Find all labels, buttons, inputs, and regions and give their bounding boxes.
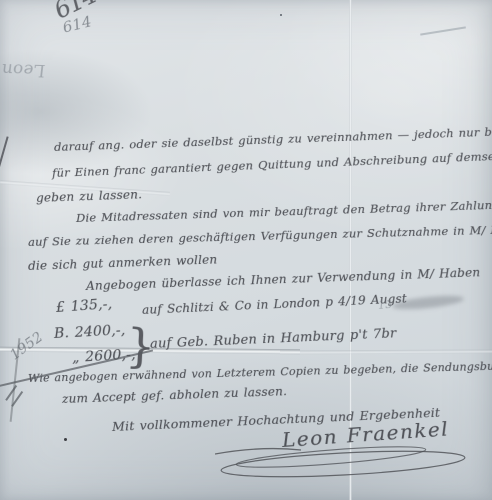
instruction-line-2: zum Accept gef. abholen zu lassen. — [62, 384, 287, 406]
signature-flourish — [215, 438, 470, 486]
letter-page: 614 614 Leon Fraenkel Düsseldorf d. 14/6… — [0, 0, 492, 500]
amount-banco-1: B. 2400,-, — [54, 322, 126, 342]
corner-crease-top-right — [420, 26, 466, 35]
erased-pencil-note: 13 — [377, 298, 392, 312]
pencil-tick-mark — [11, 391, 23, 407]
reversed-docket-line-faint: Leon Fraenkel — [0, 57, 46, 80]
paper-speck — [280, 14, 282, 16]
body-line-7: Angebogen überlasse ich Ihnen zur Verwen… — [86, 265, 481, 293]
pencil-tick-mark — [5, 385, 17, 401]
horizontal-fold-crease-right — [280, 349, 492, 354]
ink-dot — [64, 438, 67, 441]
body-line-3: geben zu lassen. — [36, 187, 143, 205]
body-line-2: für Einen franc garantiert gegen Quittun… — [52, 147, 492, 180]
body-line-1: darauf ang. oder sie daselbst günstig zu… — [54, 123, 492, 154]
drawee-london: auf Schlitzi & Co in London p 4/19 Augst — [142, 291, 407, 317]
ink-margin-tick — [0, 136, 9, 169]
body-line-6: die sich gut anmerken wollen — [28, 252, 218, 273]
amount-pound: £ 135,-, — [55, 296, 112, 316]
margin-pencil-note: 1952 — [7, 329, 46, 363]
body-line-5: auf Sie zu ziehen deren geschäftigen Ver… — [28, 222, 492, 249]
drawee-hamburg: auf Geb. Ruben in Hamburg p't 7br — [150, 326, 397, 352]
